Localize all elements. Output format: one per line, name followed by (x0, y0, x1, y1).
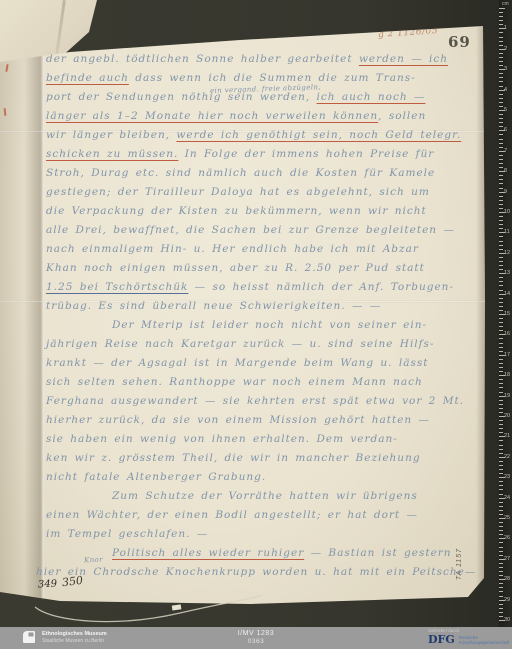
ruler-tick (499, 351, 503, 352)
handwriting-line: hierher zurück, da sie von einem Mission… (46, 411, 474, 430)
dfg-logo: Gefördert durch DFG Deutsche Forschungsg… (428, 628, 509, 646)
handwriting-segment: ich auch noch — (317, 91, 426, 103)
ruler-number: 19 (504, 394, 510, 399)
ruler-tick (499, 453, 503, 454)
handwriting-line: einen Wächter, der einen Bodil angestell… (46, 506, 474, 525)
folio-number-349: 349 (38, 579, 58, 591)
ruler-tick (499, 265, 503, 266)
ruler-tick (499, 563, 503, 564)
ruler-number: 5 (504, 108, 507, 113)
handwriting-segment: werde ich genöthigt sein, noch Geld tele… (176, 129, 461, 141)
ruler-tick (499, 408, 503, 409)
handwriting-line: Ferghana ausgewandert — sie kehrten erst… (46, 392, 474, 411)
ruler-tick (499, 445, 503, 446)
ruler-tick (499, 404, 503, 405)
handwriting-line: die Verpackung der Kisten zu bekümmern, … (46, 202, 474, 221)
ruler-tick (499, 318, 503, 319)
ruler-tick (499, 392, 503, 393)
ruler-tick (499, 616, 503, 617)
handwriting-segment: sie haben ein wenig von ihnen erhalten. … (46, 433, 398, 445)
ruler-tick (499, 526, 503, 527)
ruler-tick (499, 24, 503, 25)
ruler-tick (499, 261, 503, 262)
handwriting-segment: länger als 1–2 Monate hier noch verweile… (46, 110, 378, 122)
handwriting-segment: Zum Schutze der Vorräthe hatten wir übri… (112, 490, 418, 502)
ruler-tick (499, 183, 503, 184)
ruler-number: 17 (504, 353, 510, 358)
handwriting-segment: port der Sendungen nöthig sein werden, (46, 91, 317, 103)
ruler-tick (499, 379, 503, 380)
ruler-number: 13 (504, 271, 510, 276)
ruler-number: 23 (504, 475, 510, 480)
ruler-number: 11 (504, 230, 510, 235)
handwriting-segment: die Verpackung der Kisten zu bekümmern, … (46, 205, 427, 217)
handwriting-line: der angebl. tödtlichen Sonne halber gear… (46, 50, 474, 69)
ruler-tick (499, 281, 503, 282)
ruler-tick (499, 461, 503, 462)
ruler-tick (499, 591, 503, 592)
ruler-tick (499, 420, 503, 421)
handwriting-segment: trübag. Es sind überall neue Schwierigke… (46, 300, 381, 312)
handwriting-segment: Ferghana ausgewandert — sie kehrten erst… (46, 395, 464, 407)
handwriting-line: wir länger bleiben, werde ich genöthigt … (46, 126, 474, 145)
handwriting-segment: Khan noch einigen müssen, aber zu R. 2.5… (46, 262, 425, 274)
ruler-tick (499, 424, 503, 425)
museum-parent: Staatliche Museen zu Berlin (42, 638, 107, 644)
ruler-tick (499, 53, 503, 54)
ruler-tick (499, 204, 503, 205)
museum-name: Ethnologisches Museum (42, 631, 107, 638)
handwriting-line: nach einmaligem Hin- u. Her endlich habe… (46, 240, 474, 259)
ruler-number: 18 (504, 373, 510, 378)
ruler-tick (499, 400, 503, 401)
ruler-tick (499, 188, 503, 189)
ruler-tick (499, 489, 503, 490)
handwriting-segment: krankt — der Agsagal ist in Margende bei… (46, 357, 428, 369)
handwriting-segment: schicken zu müssen. (46, 148, 178, 160)
handwriting-line: im Tempel geschlafen. — (46, 525, 474, 544)
archive-mark: g 2 1126/05 (378, 26, 439, 40)
handwriting-line: sie haben ein wenig von ihnen erhalten. … (46, 430, 474, 449)
ruler-tick (499, 371, 503, 372)
manuscript-page: 3 g 2 1126/05 69 der angebl. tödtlichen … (0, 0, 486, 612)
ruler-tick (499, 587, 503, 588)
ruler-tick (499, 367, 503, 368)
handwriting-line: länger als 1–2 Monate hier noch verweile… (46, 107, 474, 126)
ruler-tick (499, 330, 503, 331)
ruler-tick (499, 440, 503, 441)
ruler-number: 29 (504, 598, 510, 603)
ruler-tick (499, 159, 503, 160)
handwriting-line: ken wir z. grösstem Theil, die wir in ma… (46, 449, 474, 468)
ruler-tick (499, 506, 503, 507)
ruler-tick (499, 310, 503, 311)
ruler-number: 22 (504, 455, 510, 460)
ruler-tick (499, 228, 503, 229)
ruler-number: 1 (504, 26, 507, 31)
ruler-tick (499, 8, 505, 9)
handwriting-line: schicken zu müssen. In Folge der immens … (46, 145, 474, 164)
ruler-tick (499, 338, 503, 339)
ruler-tick (499, 65, 503, 66)
ruler-tick (499, 596, 503, 597)
ruler-tick (499, 522, 503, 523)
ruler-number: 16 (504, 332, 510, 337)
ruler-tick (499, 547, 503, 548)
dfg-abbr: DFG (428, 634, 455, 646)
ruler-tick (499, 61, 503, 62)
ruler-tick (499, 290, 503, 291)
ruler-tick (499, 575, 503, 576)
ruler-tick (499, 485, 503, 486)
ruler-tick (499, 612, 503, 613)
ruler-tick (499, 269, 503, 270)
handwriting-segment: hier ein Chrodsche Knochenkrupp worden u… (36, 566, 476, 578)
ruler-tick (499, 155, 503, 156)
handwriting-segment: , sollen (378, 110, 426, 122)
ruler-tick (499, 322, 503, 323)
handwriting-segment: einen Wächter, der einen Bodil angestell… (46, 509, 418, 521)
ruler-tick (499, 481, 503, 482)
ruler-number: 25 (504, 516, 510, 521)
ruler-tick (499, 514, 503, 515)
handwriting-segment: nicht fatale Altenberger Grabung. (46, 471, 266, 483)
ruler-tick (499, 220, 503, 221)
ruler-tick (499, 143, 503, 144)
ruler-tick (499, 241, 503, 242)
ruler-tick (499, 326, 503, 327)
museum-branding: Ethnologisches Museum Staatliche Museen … (22, 630, 107, 644)
ruler-tick (499, 249, 503, 250)
handwriting-segment: der angebl. tödtlichen Sonne halber gear… (46, 53, 359, 65)
handwriting-line: gestiegen; der Tirailleur Daloya hat es … (46, 183, 474, 202)
ruler-tick (499, 175, 503, 176)
ruler-tick (499, 583, 503, 584)
ruler-number: 14 (504, 292, 510, 297)
ruler-number: 6 (504, 128, 507, 133)
ruler-number: 8 (504, 169, 507, 174)
ruler-tick (499, 196, 503, 197)
handwriting-segment: ken wir z. grösstem Theil, die wir in ma… (46, 452, 421, 464)
handwriting-line: Politisch alles wieder ruhiger — Bastian… (46, 544, 474, 563)
handwriting-line: Zum Schutze der Vorräthe hatten wir übri… (46, 487, 474, 506)
pencil-mark: 3 (228, 26, 233, 36)
ruler-tick (499, 134, 503, 135)
handwriting-line: hier ein Chrodsche Knochenkrupp worden u… (36, 563, 474, 582)
ruler-number: 21 (504, 434, 510, 439)
ruler-tick (499, 41, 503, 42)
handwriting-line: 1.25 bei Tschörtschük — so heisst nämlic… (46, 278, 474, 297)
ruler-tick (499, 428, 503, 429)
ruler-tick (499, 449, 503, 450)
ruler-tick (499, 494, 503, 495)
ruler-tick (499, 412, 503, 413)
ruler-tick (499, 298, 503, 299)
ruler-tick (499, 277, 503, 278)
handwriting-segment: In Folge der immens hohen Preise für (178, 148, 434, 160)
ruler-tick (499, 236, 503, 237)
ruler-tick (499, 534, 503, 535)
ruler-tick (499, 224, 503, 225)
ruler-tick (499, 126, 503, 127)
ruler-number: 4 (504, 88, 507, 93)
ruler-number: 24 (504, 496, 510, 501)
handwriting-segment: werden — ich (359, 53, 448, 65)
ruler-tick (499, 12, 503, 13)
ruler-tick (499, 147, 503, 148)
handwriting-segment: — so heisst nämlich der Anf. Torbugen- (188, 281, 454, 293)
ruler-number: 28 (504, 577, 510, 582)
handwriting-segment: 1.25 bei Tschörtschük (46, 281, 188, 293)
ruler-unit-label: cm (502, 1, 509, 7)
handwriting-segment: dass wenn ich die Summen die zum Trans- (129, 72, 416, 84)
ruler-tick (499, 567, 503, 568)
handwriting-line: nicht fatale Altenberger Grabung. (46, 468, 474, 487)
handwriting-line: Stroh, Durag etc. sind nämlich auch die … (46, 164, 474, 183)
ruler-tick (499, 343, 503, 344)
ruler-tick (499, 257, 503, 258)
handwriting-segment: nach einmaligem Hin- u. Her endlich habe… (46, 243, 419, 255)
handwriting-segment: im Tempel geschlafen. — (46, 528, 208, 540)
ruler-tick (499, 383, 503, 384)
ruler-tick (499, 216, 503, 217)
ruler-tick (499, 306, 503, 307)
ruler-tick (499, 551, 503, 552)
handwriting-segment: sich selten sehen. Ranthoppe war noch ei… (46, 376, 423, 388)
ruler-tick (499, 285, 503, 286)
ruler-tick (499, 163, 503, 164)
handwriting-segment: befinde auch (46, 72, 129, 84)
ruler-tick (499, 77, 503, 78)
ruler-tick (499, 469, 503, 470)
ruler-tick (499, 530, 503, 531)
ruler-tick (499, 200, 503, 201)
ruler-tick (499, 502, 503, 503)
handwriting-segment: gestiegen; der Tirailleur Daloya hat es … (46, 186, 430, 198)
ruler-tick (499, 81, 503, 82)
ruler-tick (499, 102, 503, 103)
ruler-tick (499, 208, 503, 209)
ruler-number: 27 (504, 557, 510, 562)
scan-viewer: 3 g 2 1126/05 69 der angebl. tödtlichen … (0, 0, 512, 649)
ruler-tick (499, 32, 503, 33)
ruler-tick (499, 387, 503, 388)
ruler-tick (499, 542, 503, 543)
handwriting-segment: Politisch alles wieder ruhiger (112, 547, 304, 559)
handwriting-segment: hierher zurück, da sie von einem Mission… (46, 414, 430, 426)
handwriting-segment: Stroh, Durag etc. sind nämlich auch die … (46, 167, 435, 179)
ruler-tick (499, 139, 503, 140)
ruler-number: 26 (504, 536, 510, 541)
ruler-number: 2 (504, 47, 507, 52)
ruler-tick (499, 16, 503, 17)
ruler-tick (499, 167, 503, 168)
dfg-name-line2: Forschungsgemeinschaft (459, 640, 509, 646)
ruler: cm 1234567891011121314151617181920212223… (499, 0, 512, 627)
ruler-tick (499, 555, 503, 556)
page-number: 69 (448, 33, 471, 51)
ruler-tick (499, 122, 503, 123)
ruler-tick (499, 106, 503, 107)
ruler-tick (499, 179, 503, 180)
ruler-number: 20 (504, 414, 510, 419)
ruler-tick (499, 571, 503, 572)
handwriting-segment: — Bastian ist gestern (304, 547, 451, 559)
ruler-number: 15 (504, 312, 510, 317)
handwriting-segment: wir länger bleiben, (46, 129, 176, 141)
ruler-number: 3 (504, 67, 507, 72)
footer-bar: Ethnologisches Museum Staatliche Museen … (0, 627, 512, 649)
ruler-number: 7 (504, 149, 507, 154)
handwriting-line: alle Drei, bewaffnet, die Sachen bei zur… (46, 221, 474, 240)
ruler-tick (499, 98, 503, 99)
ruler-tick (499, 57, 503, 58)
ruler-tick (499, 94, 503, 95)
page-crease-left (0, 0, 44, 612)
handwriting-line: Der Mterip ist leider noch nicht von sei… (46, 316, 474, 335)
handwriting-segment: Der Mterip ist leider noch nicht von sei… (112, 319, 427, 331)
vertical-stamp: TA 1157 (456, 548, 463, 580)
ruler-tick (499, 86, 503, 87)
ruler-tick (499, 114, 503, 115)
handwriting-line: jährigen Reise nach Karetgar zurück — u.… (46, 335, 474, 354)
handwriting-line: Khan noch einigen müssen, aber zu R. 2.5… (46, 259, 474, 278)
ruler-tick (499, 604, 503, 605)
ruler-tick (499, 363, 503, 364)
ruler-tick (499, 359, 503, 360)
ruler-tick (499, 608, 503, 609)
ruler-number: 10 (504, 210, 510, 215)
ruler-number: 9 (504, 190, 507, 195)
ruler-number: 30 (504, 618, 510, 623)
handwriting-segment: alle Drei, bewaffnet, die Sachen bei zur… (46, 224, 455, 236)
ruler-tick (499, 473, 503, 474)
page-edge-right (476, 0, 486, 612)
ruler-tick (499, 20, 503, 21)
handwriting-line: trübag. Es sind überall neue Schwierigke… (46, 297, 474, 316)
ruler-tick (499, 510, 503, 511)
ruler-tick (499, 118, 503, 119)
ruler-tick (499, 45, 503, 46)
handwriting-line: sich selten sehen. Ranthoppe war noch ei… (46, 373, 474, 392)
ruler-tick (499, 245, 503, 246)
handwriting-line: krankt — der Agsagal ist in Margende bei… (46, 354, 474, 373)
handwriting-insert: Knor (84, 556, 103, 565)
ruler-tick (499, 465, 503, 466)
ruler-tick (499, 73, 503, 74)
ruler-tick (499, 347, 503, 348)
ruler-tick (499, 302, 503, 303)
handwriting-segment: jährigen Reise nach Karetgar zurück — u.… (46, 338, 434, 350)
folio-number-350: 350 (61, 574, 83, 589)
museum-logo-icon (22, 630, 36, 644)
ruler-tick (499, 432, 503, 433)
ruler-number: 12 (504, 251, 510, 256)
handwriting-lines: der angebl. tödtlichen Sonne halber gear… (46, 50, 474, 582)
ruler-tick (499, 37, 503, 38)
